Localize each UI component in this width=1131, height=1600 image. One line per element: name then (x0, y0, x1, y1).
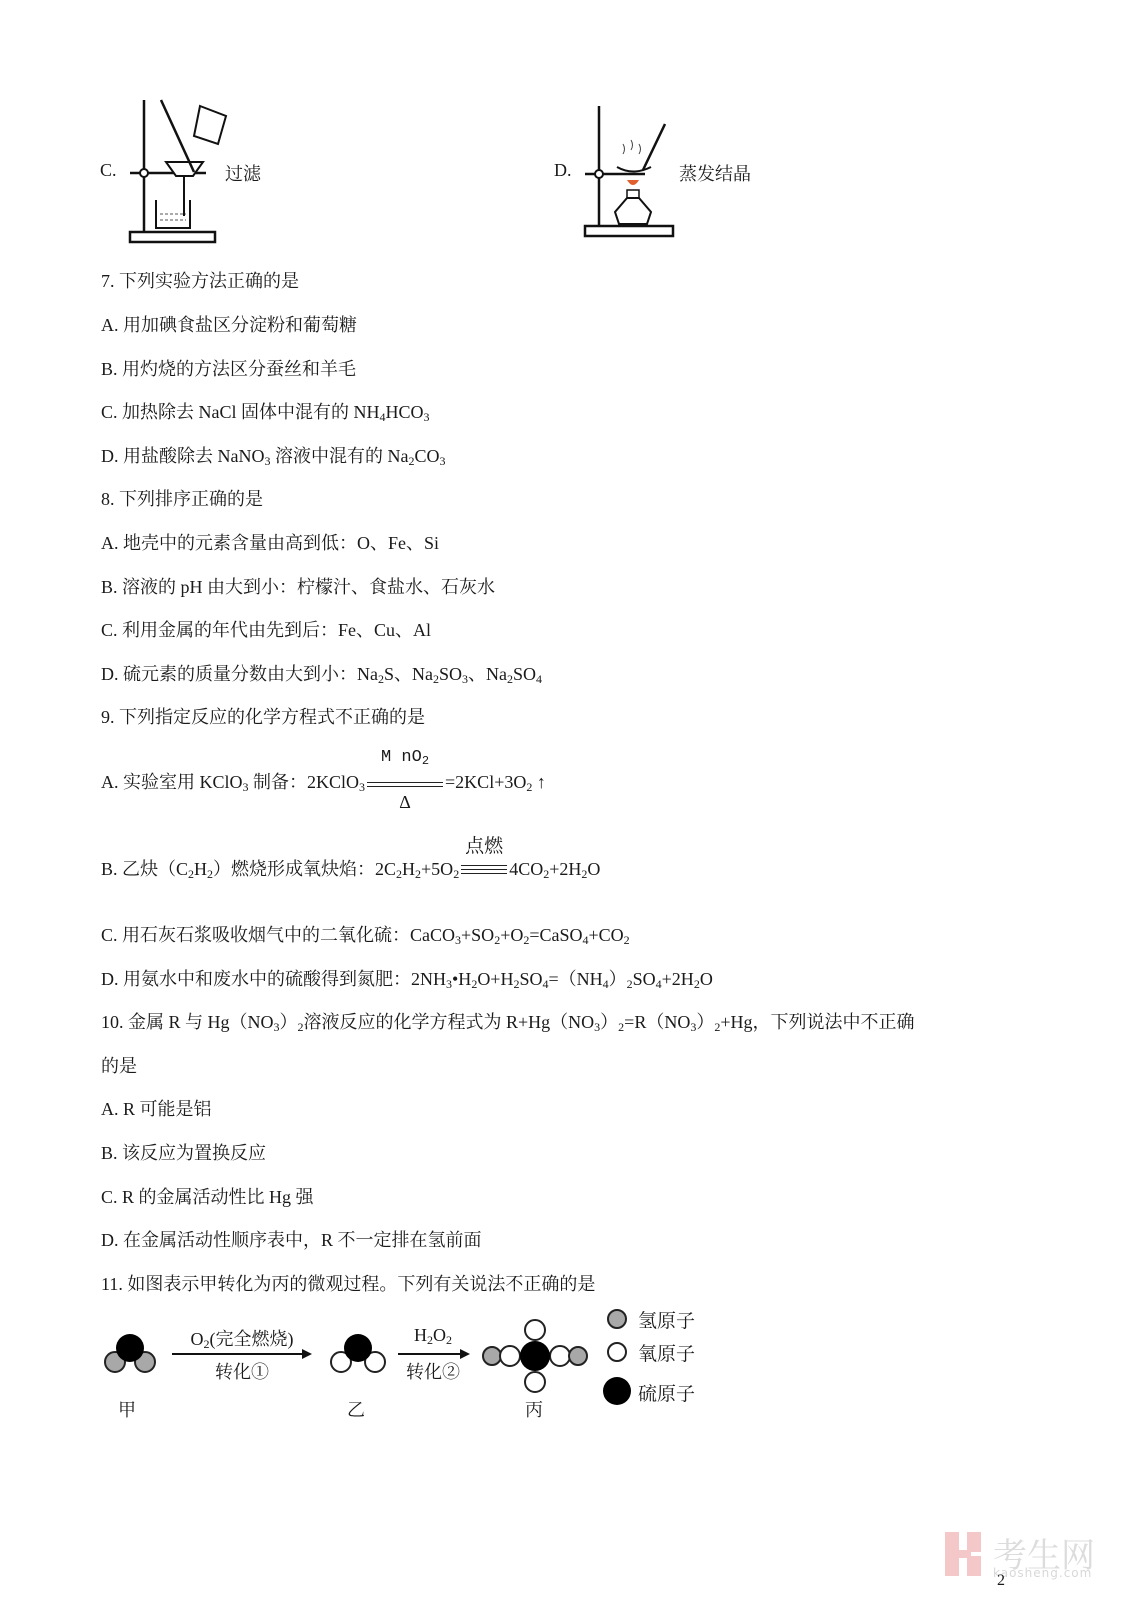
reaction-condition: 点燃 (461, 859, 507, 883)
question-9-stem: 9. 下列指定反应的化学方程式不正确的是 (101, 705, 425, 729)
gas-arrow-icon: ↑ (537, 772, 546, 792)
option-letter: D. (554, 160, 572, 181)
evaporation-apparatus-icon (583, 104, 683, 240)
molecule-yi-icon (328, 1332, 388, 1376)
figure-caption: 蒸发结晶 (679, 160, 751, 186)
q8-option-b: B. 溶液的 pH 由大到小：柠檬汁、食盐水、石灰水 (101, 575, 495, 599)
q8-option-c: C. 利用金属的年代由先到后：Fe、Cu、Al (101, 618, 431, 642)
option-letter: C. (100, 160, 117, 181)
q7-option-c: C. 加热除去 NaCl 固体中混有的 NH4HCO3 (101, 400, 430, 424)
page-number: 2 (997, 1572, 1005, 1590)
figure-caption: 过滤 (225, 160, 261, 186)
watermark-text-en: kaosheng.com (993, 1566, 1092, 1580)
filtration-apparatus-icon (128, 96, 228, 248)
question-7-stem: 7. 下列实验方法正确的是 (101, 269, 299, 293)
q9-option-c: C. 用石灰石浆吸收烟气中的二氧化硫：CaCO3+SO2+O2=CaSO4+CO… (101, 923, 630, 947)
q8-option-d: D. 硫元素的质量分数由大到小：Na2S、Na2SO3、Na2SO4 (101, 662, 542, 686)
molecule-jia-icon (102, 1332, 158, 1376)
q9-option-a: A. 实验室用 KClO3 制备：2KClO3M nO2Δ=2KCl+3O2 ↑ (101, 770, 546, 796)
q10-option-a: A. R 可能是铝 (101, 1097, 212, 1121)
q10-option-b: B. 该反应为置换反应 (101, 1141, 266, 1165)
q7-option-d: D. 用盐酸除去 NaNO3 溶液中混有的 Na2CO3 (101, 444, 446, 468)
hydrogen-atom-icon (606, 1308, 628, 1330)
legend-label-hydrogen: 氢原子 (638, 1306, 695, 1333)
question-8-stem: 8. 下列排序正确的是 (101, 487, 263, 511)
q10-option-d: D. 在金属活动性顺序表中，R 不一定排在氢前面 (101, 1228, 482, 1252)
reaction-condition: M nO2Δ (367, 772, 443, 796)
arrow1-bottom-label: 转化① (172, 1358, 312, 1384)
q7-option-a: A. 用加碘食盐区分淀粉和葡萄糖 (101, 313, 357, 337)
question-10-stem: 10. 金属 R 与 Hg（NO3）2溶液反应的化学方程式为 R+Hg（NO3）… (101, 1010, 914, 1034)
molecule-label-bing: 丙 (525, 1396, 543, 1422)
legend-label-oxygen: 氧原子 (638, 1339, 695, 1366)
q9-option-b: B. 乙炔（C2H2）燃烧形成氧炔焰：2C2H2+5O2点燃4CO2+2H2O (101, 857, 600, 883)
molecule-label-yi: 乙 (347, 1396, 365, 1422)
molecule-label-jia: 甲 (118, 1396, 136, 1422)
legend-label-sulfur: 硫原子 (638, 1379, 695, 1406)
q7-option-b: B. 用灼烧的方法区分蚕丝和羊毛 (101, 357, 356, 381)
oxygen-atom-icon (606, 1341, 628, 1363)
molecule-bing-icon (480, 1318, 590, 1394)
arrow2-top-label: H2O2 (398, 1325, 468, 1346)
sulfur-atom-icon (602, 1376, 632, 1406)
q8-option-a: A. 地壳中的元素含量由高到低：O、Fe、Si (101, 531, 439, 555)
q10-option-c: C. R 的金属活动性比 Hg 强 (101, 1185, 314, 1209)
arrow2-bottom-label: 转化② (398, 1358, 468, 1384)
question-11-stem: 11. 如图表示甲转化为丙的微观过程。下列有关说法不正确的是 (101, 1272, 595, 1296)
q9-option-d: D. 用氨水中和废水中的硫酸得到氮肥：2NH3•H2O+H2SO4=（NH4）2… (101, 967, 713, 991)
question-10-stem-cont: 的是 (101, 1054, 137, 1078)
kaosheng-logo-icon (945, 1530, 985, 1578)
watermark-logo: 考生网 kaosheng.com (945, 1530, 1115, 1580)
